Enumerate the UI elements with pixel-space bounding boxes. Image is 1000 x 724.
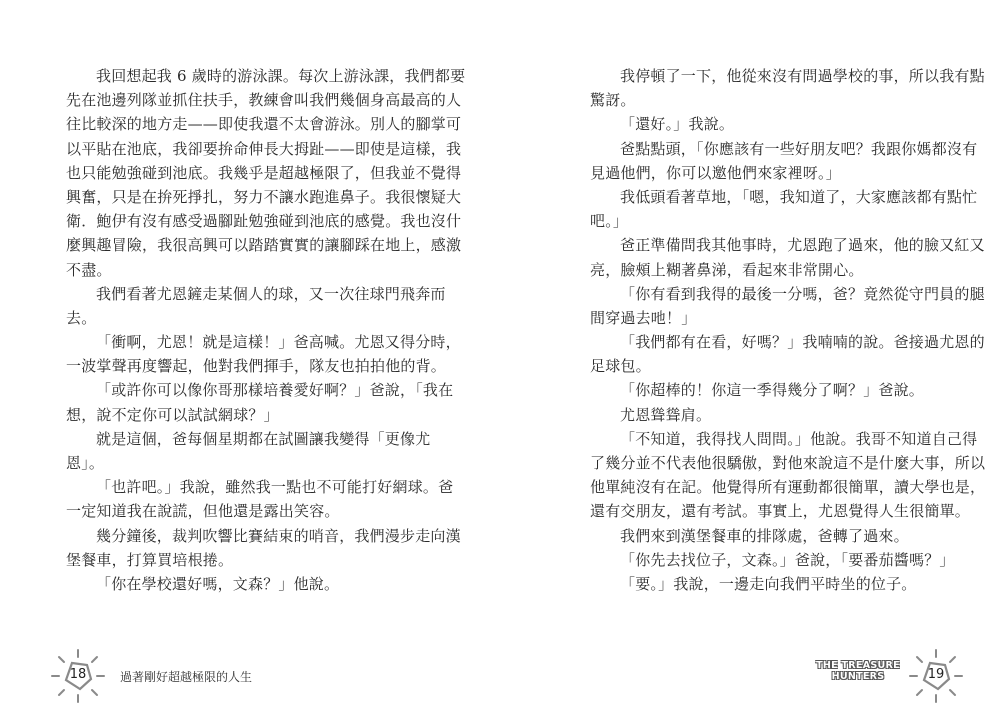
text-line: 就是這個，爸每個星期都在試圖讓我變得「更像尤 (66, 427, 414, 451)
text-line: 堡餐車，打算買培根捲。 (66, 548, 414, 572)
text-line: 他單純沒有在記。他覺得所有運動都很簡單，讀大學也是， (590, 475, 938, 499)
text-line: 見過他們，你可以邀他們來家裡呀。」 (590, 161, 938, 185)
sunburst-page-number-icon: 18 (50, 648, 106, 704)
text-line: 還有交朋友，還有考試。事實上，尤恩覺得人生很簡單。 (590, 499, 938, 523)
text-line: 一定知道我在說謊，但他還是露出笑容。 (66, 499, 414, 523)
text-line: 「你先去找位子，文森。」爸說，「要番茄醬嗎？」 (590, 548, 938, 572)
series-logo-line-2: HUNTERS (808, 671, 908, 682)
left-page-body: 我回想起我 6 歲時的游泳課。每次上游泳課，我們都要 先在池邊列隊並抓住扶手，教… (66, 64, 414, 596)
text-line: 衛．鮑伊有沒有感受過腳趾勉強碰到池底的感覺。我也沒什 (66, 209, 414, 233)
text-line: 先在池邊列隊並抓住扶手，教練會叫我們幾個身高最高的人 (66, 88, 414, 112)
text-line: 去。 (66, 306, 414, 330)
text-line: 以平貼在池底，我卻要拚命伸長大拇趾——即使是這樣，我 (66, 137, 414, 161)
text-line: 想，說不定你可以試試網球？」 (66, 403, 414, 427)
text-line: 「衝啊，尤恩！就是這樣！」爸高喊。尤恩又得分時， (66, 330, 414, 354)
series-logo-line-1: THE TREASURE (808, 660, 908, 671)
text-line: 「你在學校還好嗎，文森？」他說。 (66, 572, 414, 596)
running-title: 過著剛好超越極限的人生 (120, 668, 252, 685)
text-line: 爸點點頭，「你應該有一些好朋友吧？我跟你媽都沒有 (590, 137, 938, 161)
sunburst-page-number-icon: 19 (908, 648, 964, 704)
text-line: 我們來到漢堡餐車的排隊處，爸轉了過來。 (590, 524, 938, 548)
left-page-footer: 18 過著剛好超越極限的人生 (30, 648, 330, 708)
right-page-footer: THE TREASURE HUNTERS (800, 648, 1000, 708)
text-line: 幾分鐘後，裁判吹響比賽結束的哨音，我們漫步走向漢 (66, 524, 414, 548)
text-line: 尤恩聳聳肩。 (590, 403, 938, 427)
text-line: 我低頭看著草地，「嗯，我知道了，大家應該都有點忙 (590, 185, 938, 209)
text-line: 興奮，只是在拚死掙扎，努力不讓水跑進鼻子。我很懷疑大 (66, 185, 414, 209)
right-page-body: 我停頓了一下，他從來沒有問過學校的事，所以我有點 驚訝。 「還好。」我說。 爸點… (590, 64, 938, 596)
text-line: 「或許你可以像你哥那樣培養愛好啊？」爸說，「我在 (66, 378, 414, 402)
text-line: 「你有看到我得的最後一分嗎，爸？竟然從守門員的腿 (590, 282, 938, 306)
text-line: 我們看著尤恩鏟走某個人的球，又一次往球門飛奔而 (66, 282, 414, 306)
text-line: 亮，臉頰上糊著鼻涕，看起來非常開心。 (590, 258, 938, 282)
page-number: 18 (50, 667, 106, 682)
text-line: 恩」。 (66, 451, 414, 475)
text-line: 足球包。 (590, 354, 938, 378)
text-line: 驚訝。 (590, 88, 938, 112)
text-line: 也只能勉強碰到池底。我幾乎是超越極限了，但我並不覺得 (66, 161, 414, 185)
text-line: 一波掌聲再度響起，他對我們揮手，隊友也拍拍他的背。 (66, 354, 414, 378)
page-number: 19 (908, 667, 964, 682)
text-line: 「不知道，我得找人問問。」他說。我哥不知道自己得 (590, 427, 938, 451)
treasure-hunters-logo: THE TREASURE HUNTERS (808, 660, 908, 682)
text-line: 間穿過去吔！」 (590, 306, 938, 330)
text-line: 吧。」 (590, 209, 938, 233)
text-line: 我回想起我 6 歲時的游泳課。每次上游泳課，我們都要 (66, 64, 414, 88)
text-line: 不盡。 (66, 258, 414, 282)
text-line: 「還好。」我說。 (590, 112, 938, 136)
text-line: 「我們都有在看，好嗎？」我喃喃的說。爸接過尤恩的 (590, 330, 938, 354)
text-line: 我停頓了一下，他從來沒有問過學校的事，所以我有點 (590, 64, 938, 88)
text-line: 了幾分並不代表他很驕傲，對他來說這不是什麼大事，所以 (590, 451, 938, 475)
text-line: 「你超棒的！你這一季得幾分了啊？」爸說。 (590, 378, 938, 402)
text-line: 「要。」我說，一邊走向我們平時坐的位子。 (590, 572, 938, 596)
right-page: 我停頓了一下，他從來沒有問過學校的事，所以我有點 驚訝。 「還好。」我說。 爸點… (500, 0, 1000, 724)
book-spread: 我回想起我 6 歲時的游泳課。每次上游泳課，我們都要 先在池邊列隊並抓住扶手，教… (0, 0, 1000, 724)
text-line: 爸正準備問我其他事時，尤恩跑了過來，他的臉又紅又 (590, 233, 938, 257)
left-page: 我回想起我 6 歲時的游泳課。每次上游泳課，我們都要 先在池邊列隊並抓住扶手，教… (0, 0, 500, 724)
text-line: 麼興趣冒險，我很高興可以踏踏實實的讓腳踩在地上，感激 (66, 233, 414, 257)
text-line: 往比較深的地方走——即使我還不太會游泳。別人的腳掌可 (66, 112, 414, 136)
text-line: 「也許吧。」我說，雖然我一點也不可能打好網球。爸 (66, 475, 414, 499)
